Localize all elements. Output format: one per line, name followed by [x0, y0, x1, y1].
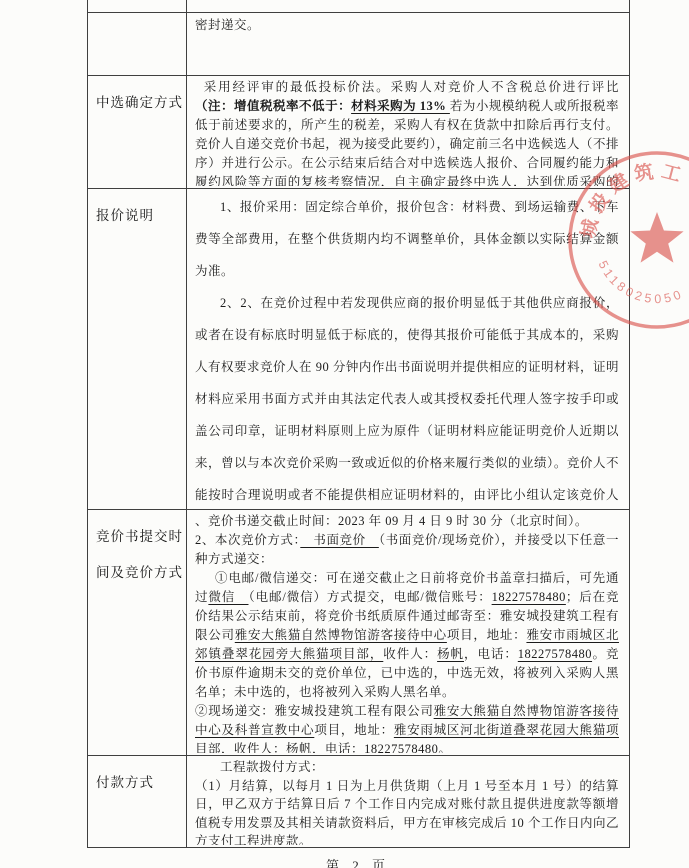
row-label: 付款方式	[88, 756, 187, 848]
text-segment: 、竞价书递交截止时间：2023 年 09 月 4 日 9 时 30 分（北京时间…	[195, 514, 588, 528]
paragraph: 密封递交。	[195, 15, 619, 34]
row-content: 密封递交。	[187, 13, 630, 76]
page-number-footer: 第 2 页	[87, 855, 629, 868]
table-body: 密封递交。中选确定方式采用经评审的最低投标价法。采购人对竞价人不含税总价进行评比…	[88, 0, 630, 848]
underlined-text: 杨帆	[437, 647, 464, 661]
row-label	[88, 0, 187, 13]
row-content: 1、报价采用：固定综合单价，报价包含：材料费、到场运输费、下车费等全部费用，在整…	[187, 189, 630, 510]
underlined-text: 杨帆	[286, 742, 312, 753]
row-content-clip: 密封递交。	[195, 15, 619, 73]
text-segment: （注：增值税税率不低于：	[195, 99, 351, 113]
row-content-clip: 、竞价书递交截止时间：2023 年 09 月 4 日 9 时 30 分（北京时间…	[195, 512, 619, 753]
row-label: 中选确定方式	[88, 76, 187, 189]
row-label: 竞价书提交时间及竞价方式	[88, 510, 187, 756]
row-content: 、竞价书递交截止时间：2023 年 09 月 4 日 9 时 30 分（北京时间…	[187, 510, 630, 756]
paragraph: ①电邮/微信递交：可在递交截止之日前将竞价书盖章扫描后，可先通过微信 （电邮/微…	[195, 569, 619, 702]
table-row: 竞价书提交时间及竞价方式、竞价书递交截止时间：2023 年 09 月 4 日 9…	[88, 510, 630, 756]
paragraph: 2、本次竞价方式： 书面竞价 （书面竞价/现场竞价），并接受以下任意一种方式递交…	[195, 531, 619, 569]
paragraph: 1、报价采用：固定综合单价，报价包含：材料费、到场运输费、下车费等全部费用，在整…	[195, 191, 619, 287]
text-segment: 项目，地址：	[314, 723, 394, 737]
row-content-clip: 采用经评审的最低投标价法。采购人对竞价人不含税总价进行评比（注：增值税税率不低于…	[195, 78, 619, 186]
text-segment: 。	[438, 742, 451, 753]
text-segment: 1、报价采用：固定综合单价，报价包含：材料费、到场运输费、下车费等全部费用，在整…	[195, 200, 619, 278]
text-segment: 工程款拨付方式：	[220, 760, 324, 774]
paragraph: 采用经评审的最低投标价法。采购人对竞价人不含税总价进行评比（注：增值税税率不低于…	[195, 78, 619, 186]
row-content: 工程款拨付方式：（1）月结算，以每月 1 日为上月供货期（上月 1 号至本月 1…	[187, 756, 630, 848]
row-content-clip: 1、报价采用：固定综合单价，报价包含：材料费、到场运输费、下车费等全部费用，在整…	[195, 191, 619, 506]
text-segment: ，收件人：	[221, 742, 286, 753]
scanned-document-page: 密封递交。中选确定方式采用经评审的最低投标价法。采购人对竞价人不含税总价进行评比…	[0, 0, 689, 868]
row-content-clip: 工程款拨付方式：（1）月结算，以每月 1 日为上月供货期（上月 1 号至本月 1…	[195, 758, 619, 845]
text-segment: （电邮/微信）方式提交，电邮/微信账号：	[249, 590, 492, 604]
table-row: 密封递交。	[88, 13, 630, 76]
text-segment: ，电话：	[464, 647, 518, 661]
underlined-text: 材料采购为 13%	[351, 99, 450, 113]
underlined-text: 雅安大熊猫自然博物馆游客接待中心	[235, 628, 447, 642]
text-segment: 2、本次竞价方式：	[195, 533, 300, 547]
row-label	[88, 13, 187, 76]
text-segment: 密封递交。	[195, 18, 260, 32]
text-segment: 2、2、在竞价过程中若发现供应商的报价明显低于其他供应商报价，或者在设有标底时明…	[195, 296, 619, 506]
underlined-text: 18227578480	[492, 590, 566, 604]
text-segment: ②现场递交：雅安城投建筑工程有限公司	[195, 704, 434, 718]
paragraph: ②现场递交：雅安城投建筑工程有限公司雅安大熊猫自然博物馆游客接待中心及科普宣教中…	[195, 702, 619, 753]
table-row: 付款方式工程款拨付方式：（1）月结算，以每月 1 日为上月供货期（上月 1 号至…	[88, 756, 630, 848]
paragraph: 、竞价书递交截止时间：2023 年 09 月 4 日 9 时 30 分（北京时间…	[195, 512, 619, 531]
text-segment: （1）月结算，以每月 1 日为上月供货期（上月 1 号至本月 1 号）的结算日，…	[195, 779, 619, 846]
seal-star-icon	[630, 212, 683, 263]
table-row: 中选确定方式采用经评审的最低投标价法。采购人对竞价人不含税总价进行评比（注：增值…	[88, 76, 630, 189]
underlined-text: 18227578480	[364, 742, 438, 753]
row-content: 采用经评审的最低投标价法。采购人对竞价人不含税总价进行评比（注：增值税税率不低于…	[187, 76, 630, 189]
paragraph: 2、2、在竞价过程中若发现供应商的报价明显低于其他供应商报价，或者在设有标底时明…	[195, 287, 619, 506]
table-row	[88, 0, 630, 13]
text-segment: 收件人：	[383, 647, 437, 661]
table-row: 报价说明1、报价采用：固定综合单价，报价包含：材料费、到场运输费、下车费等全部费…	[88, 189, 630, 510]
row-label: 报价说明	[88, 189, 187, 510]
document-table: 密封递交。中选确定方式采用经评审的最低投标价法。采购人对竞价人不含税总价进行评比…	[87, 0, 630, 848]
text-segment: 采用经评审的最低投标价法。采购人对竞价人不含税总价进行评比	[204, 80, 619, 94]
paragraph: 工程款拨付方式：	[195, 758, 619, 777]
underlined-text: 书面竞价	[300, 533, 379, 547]
underlined-text: 微信	[208, 590, 248, 604]
paragraph: （1）月结算，以每月 1 日为上月供货期（上月 1 号至本月 1 号）的结算日，…	[195, 777, 619, 846]
underlined-text: 18227578480	[518, 647, 592, 661]
row-content	[187, 0, 630, 13]
text-segment: ，电话：	[312, 742, 364, 753]
text-segment: 项目，地址：	[447, 628, 527, 642]
